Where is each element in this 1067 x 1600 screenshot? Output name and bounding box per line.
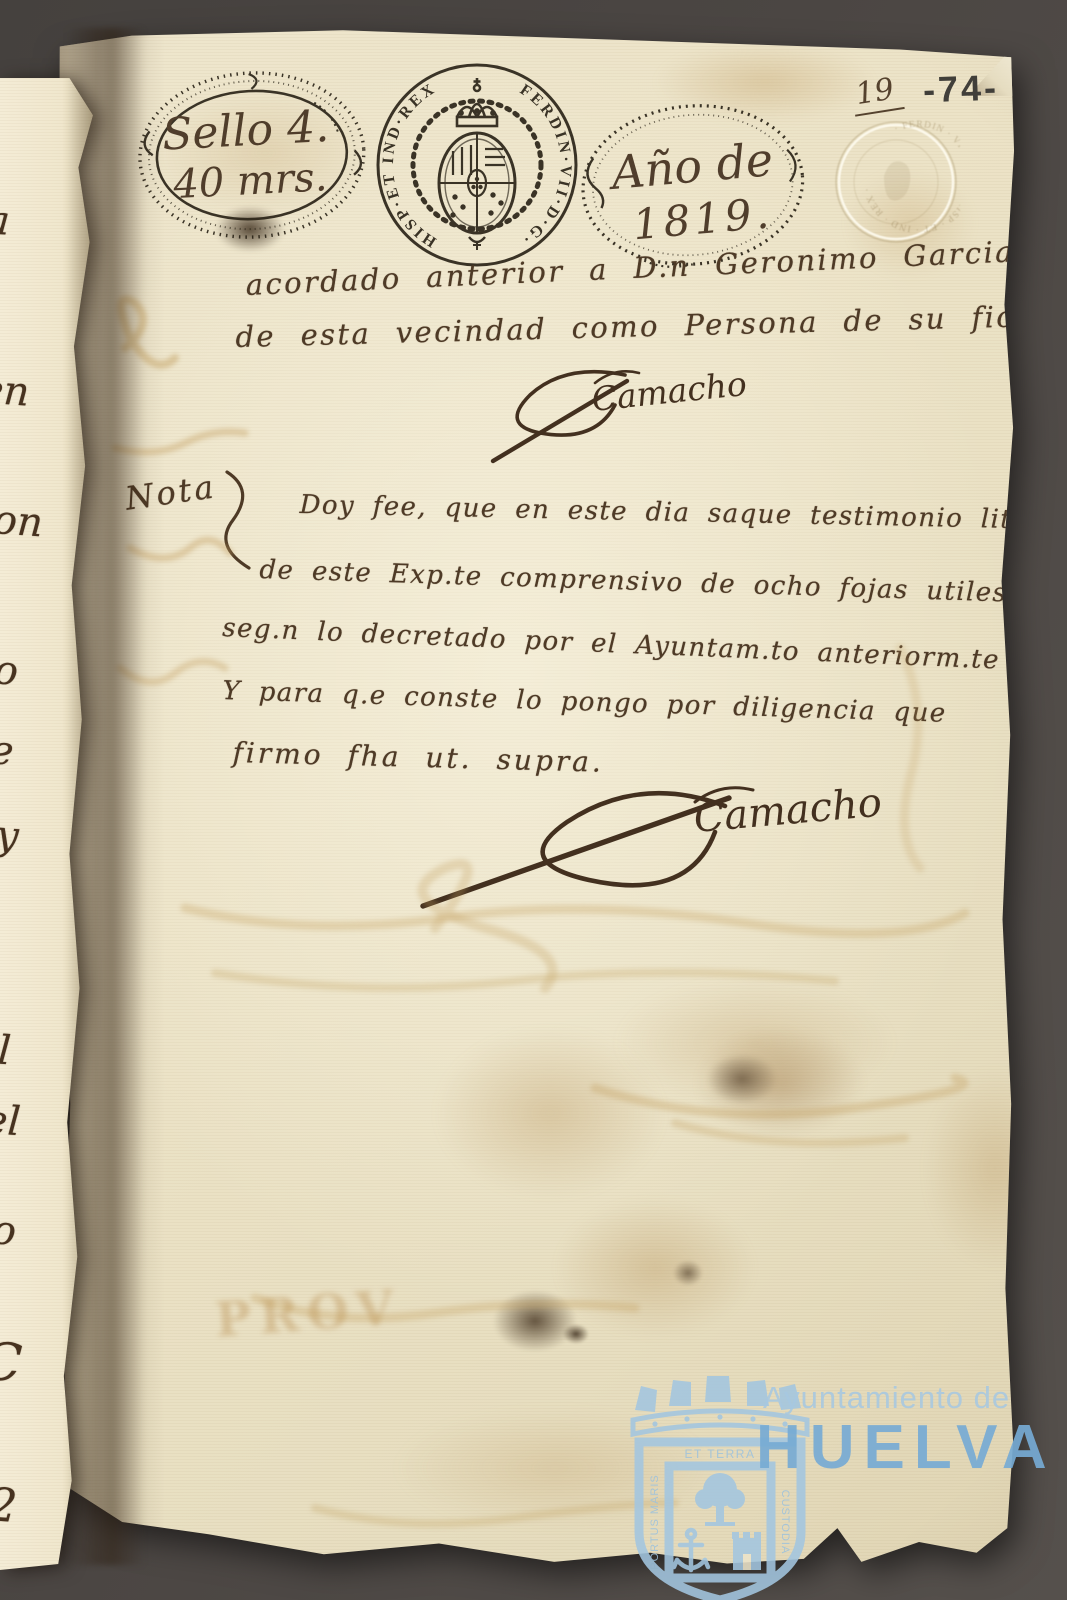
fragment-text: o <box>0 647 20 695</box>
bleedthrough-squiggles <box>55 28 1015 1565</box>
previous-page-fragment: a en ron o e y l el o C 2 <box>0 78 112 1570</box>
archival-document-scan: 19 -74- Sello 4. 40 mrs. <box>0 0 1067 1600</box>
fragment-text: l <box>0 1028 12 1075</box>
fragment-text: ron <box>0 496 44 547</box>
fragment-text: y <box>0 812 20 859</box>
fragment-text: C <box>0 1332 24 1395</box>
fragment-text: e <box>0 727 15 775</box>
fragment-text: el <box>0 1097 22 1145</box>
fragment-text: o <box>0 1207 18 1255</box>
main-page-wrap: 19 -74- Sello 4. 40 mrs. <box>55 28 1015 1565</box>
manuscript-page: 19 -74- Sello 4. 40 mrs. <box>55 28 1015 1565</box>
fragment-text: a <box>0 197 11 245</box>
fragment-text: 2 <box>0 1477 19 1533</box>
fragment-text: en <box>0 366 31 415</box>
